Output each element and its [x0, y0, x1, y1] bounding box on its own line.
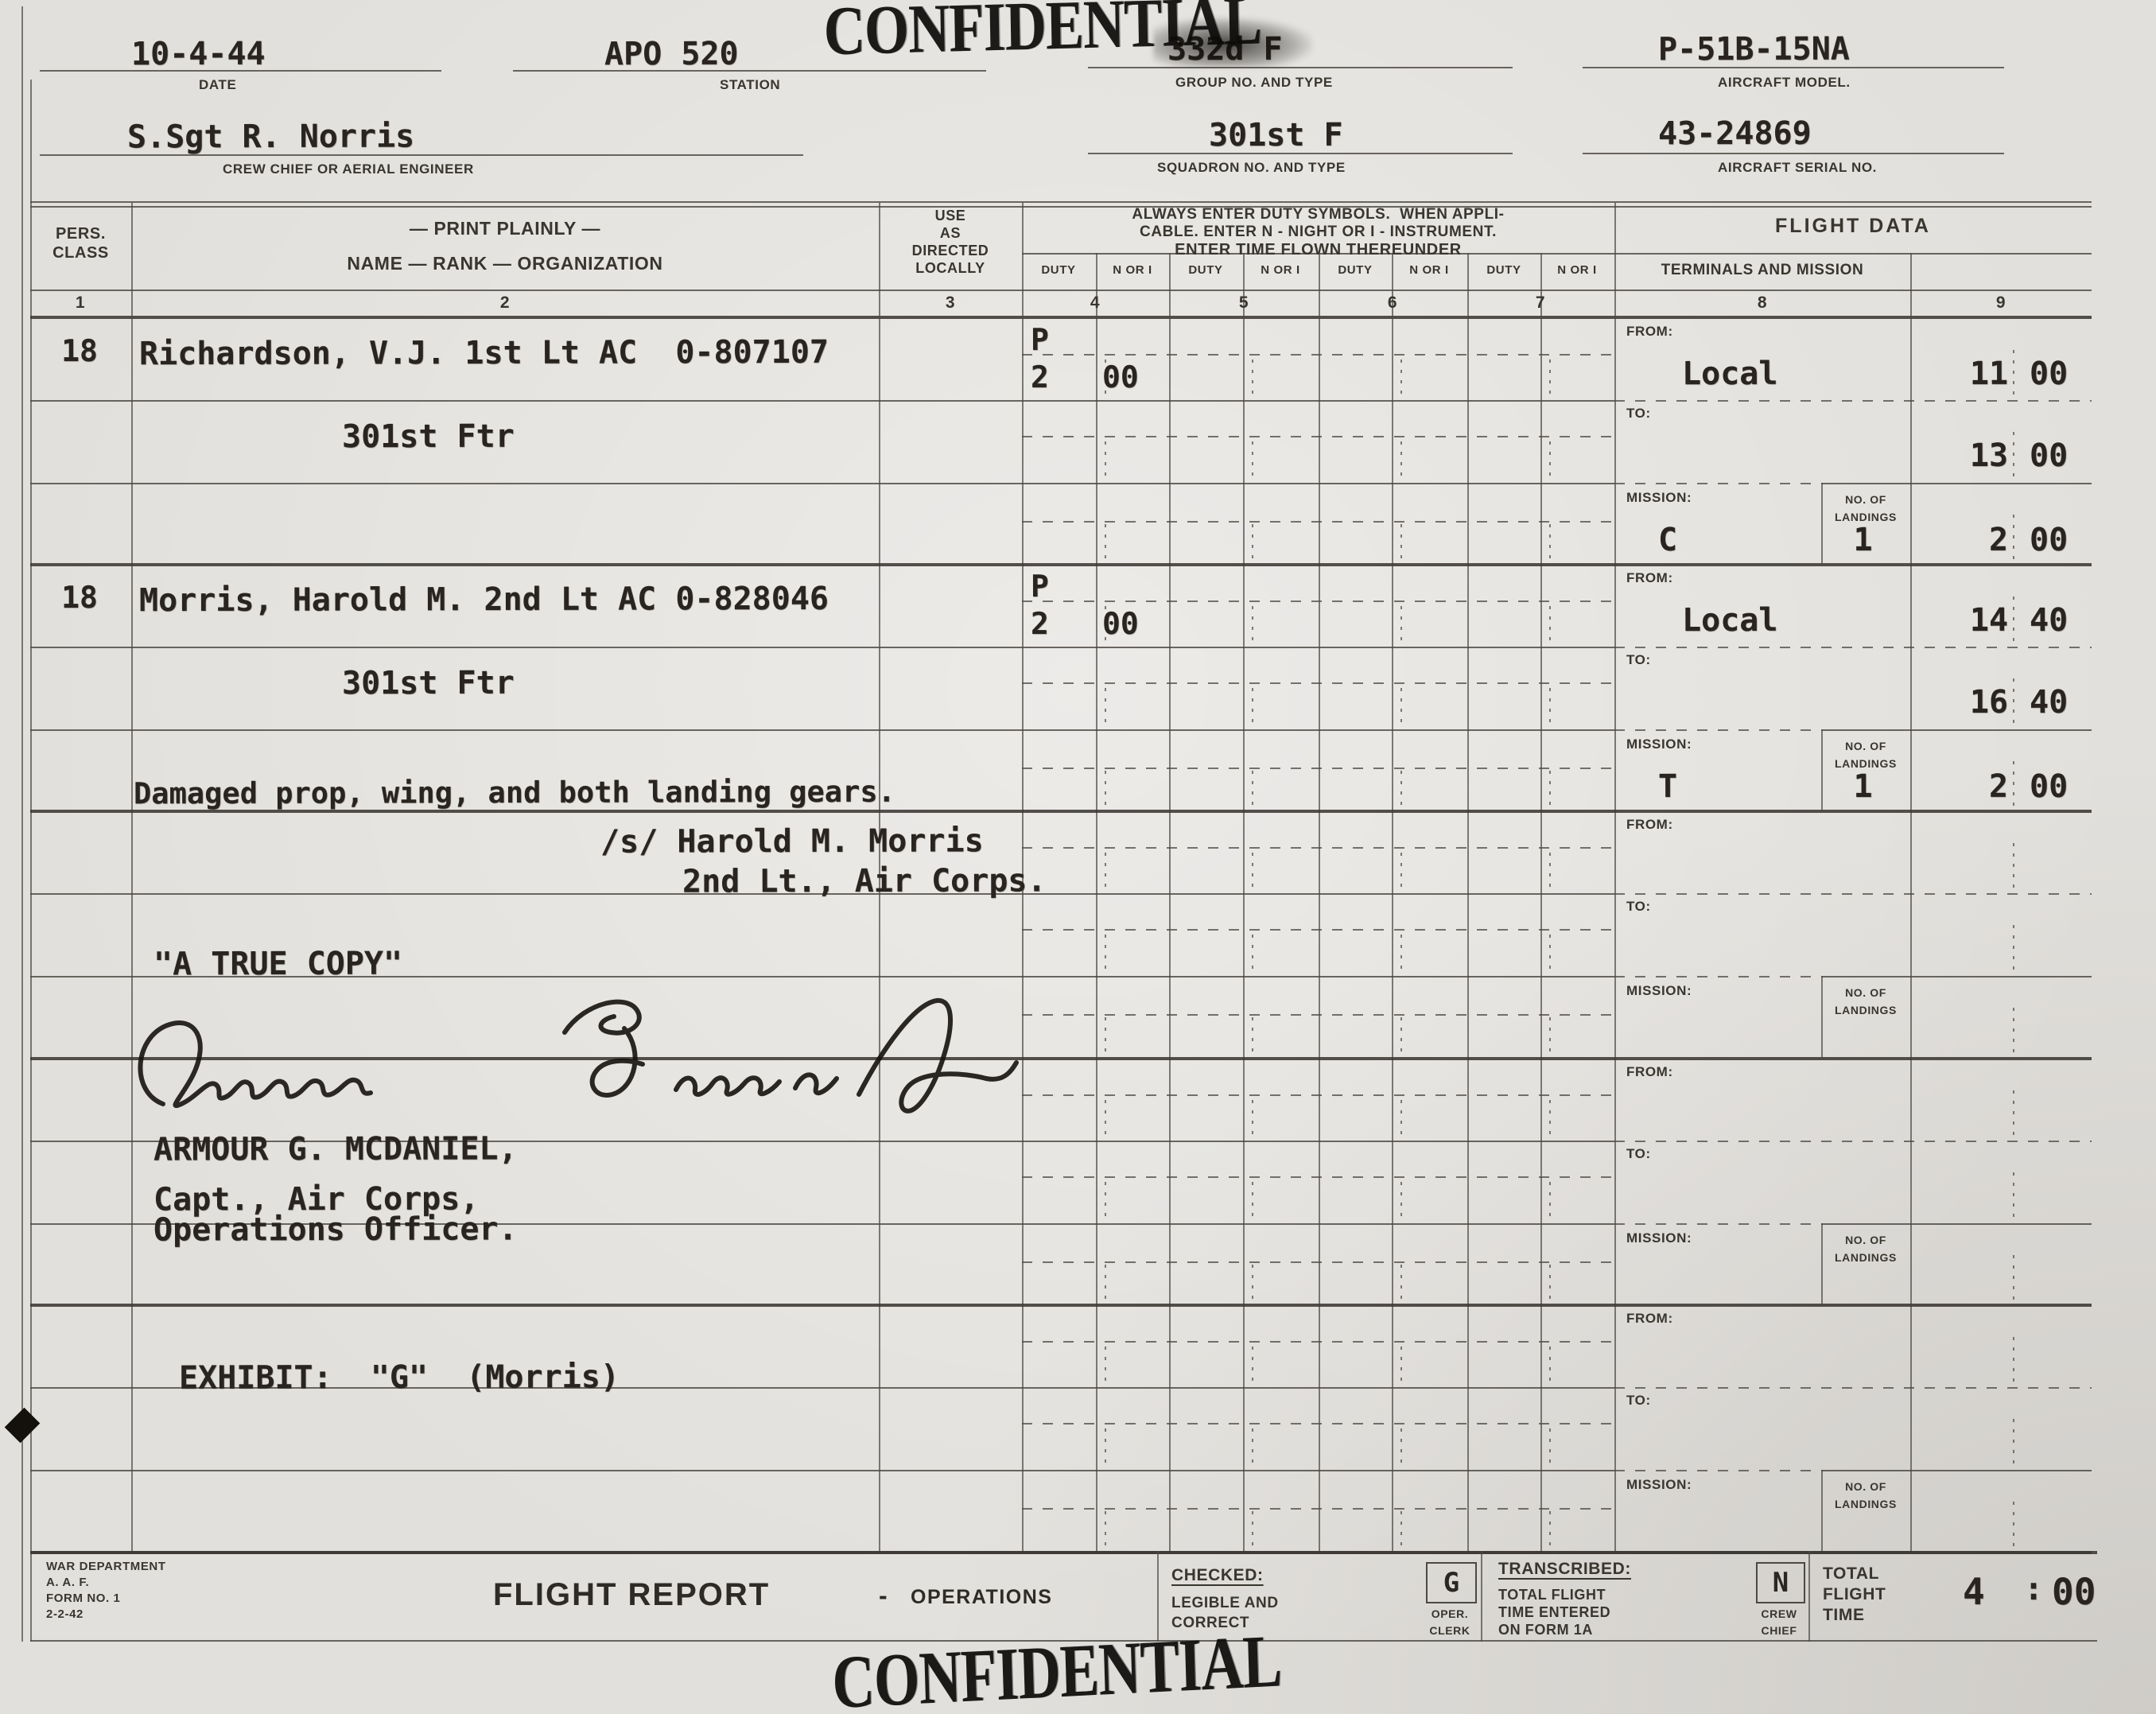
duty-colon-dots: [1252, 360, 1253, 394]
from-label: FROM:: [1626, 1065, 1673, 1079]
checked-sub-1: LEGIBLE AND: [1171, 1595, 1279, 1611]
mcdaniel-signature: [119, 985, 1042, 1128]
duty-colon-dots: [1549, 441, 1551, 476]
row-line: [30, 483, 1614, 484]
grid-vline: [1467, 253, 1469, 318]
duty-colon-dots: [1549, 1347, 1551, 1382]
terminals-mission-header: TERMINALS AND MISSION: [1614, 262, 1910, 278]
time-colon-dots: [2013, 1090, 2014, 1135]
mission-label: MISSION:: [1626, 491, 1692, 504]
duty-colon-dots: [1105, 935, 1106, 970]
column-number: 1: [49, 294, 112, 311]
no-of-landings-label-1: NO. OF: [1823, 987, 1909, 998]
duty-colon-dots: [1105, 1017, 1106, 1052]
duty-colon-dots: [1252, 441, 1253, 476]
header-bottom-line: [30, 316, 2092, 319]
duty-subheader: DUTY: [1468, 264, 1540, 276]
duty-colon-dots: [1549, 853, 1551, 888]
total-flight-time-label-3: TIME: [1823, 1607, 1865, 1623]
confidential-stamp-top: CONFIDENTIAL: [823, 0, 1262, 66]
duty-colon-dots: [1549, 688, 1551, 723]
row-line-dashed: [1614, 1470, 1821, 1471]
duty-colon-dots: [1252, 935, 1253, 970]
from-label: FROM:: [1626, 571, 1673, 585]
no-of-landings-label-2: LANDINGS: [1823, 1252, 1909, 1263]
punch-mark: [5, 1408, 41, 1444]
duty-colon-dots: [1400, 1347, 1402, 1382]
flight-data-header: FLIGHT DATA: [1614, 216, 2092, 236]
row-line-dashed: [1614, 647, 2092, 648]
to-label: TO:: [1626, 653, 1651, 667]
duty-colon-dots: [1105, 853, 1106, 888]
grid-vline: [879, 318, 880, 1553]
form-dept-line-2: A. A. F.: [46, 1576, 89, 1588]
duty-colon-dots: [1400, 606, 1402, 641]
time-colon-dots: [2013, 350, 2014, 394]
duty-colon-dots: [1105, 688, 1106, 723]
use-as-directed-2: AS: [879, 226, 1022, 240]
duty-colon-dots: [1105, 1265, 1106, 1300]
grid-vline: [1467, 318, 1469, 1553]
total-flight-time-minutes: 00: [2052, 1573, 2096, 1610]
duty-colon-dots: [1549, 771, 1551, 806]
duty-entry-dashed-line: [1022, 1261, 1614, 1263]
form-title-suffix: OPERATIONS: [911, 1588, 1052, 1607]
duty-colon-dots: [1549, 524, 1551, 559]
station-underline: [513, 70, 986, 72]
row-line: [1821, 1470, 2092, 1471]
exhibit-note: EXHIBIT: "G" (Morris): [179, 1361, 620, 1393]
row-line: [30, 400, 1614, 402]
group-label: GROUP NO. AND TYPE: [1175, 76, 1333, 89]
oper-clerk-initial-box: G: [1426, 1562, 1477, 1603]
to-time-hours: 13: [1925, 440, 2008, 472]
duty-colon-dots: [1252, 688, 1253, 723]
mission-time-minutes: 00: [2030, 524, 2068, 556]
grid-vline: [1540, 318, 1542, 1553]
pers-class-header-1: PERS.: [30, 226, 131, 242]
row-line-dashed: [1614, 729, 1821, 731]
crew-chief-label-2: CHIEF: [1756, 1625, 1802, 1636]
column-number: 8: [1731, 294, 1794, 311]
duty-colon-dots: [1549, 606, 1551, 641]
time-colon-dots: [2013, 1172, 2014, 1217]
mission-label: MISSION:: [1626, 737, 1692, 751]
to-time-minutes: 40: [2030, 686, 2068, 718]
duty-colon-dots: [1549, 1182, 1551, 1217]
mission-time-hours: 2: [1925, 524, 2008, 556]
duty-colon-dots: [1252, 853, 1253, 888]
mcdaniel-title-2: Operations Officer.: [153, 1213, 518, 1246]
to-label: TO:: [1626, 1147, 1651, 1160]
duty-entry-dashed-line: [1022, 521, 1614, 523]
no-of-landings-label-1: NO. OF: [1823, 1481, 1909, 1492]
crew-chief-initial-box: N: [1756, 1562, 1805, 1603]
time-colon-dots: [2013, 597, 2014, 641]
crew-chief-label: CREW CHIEF OR AERIAL ENGINEER: [223, 162, 474, 176]
numbers-row-top-line: [30, 290, 2092, 291]
time-colon-dots: [2013, 843, 2014, 888]
row-line-dashed: [1614, 400, 2092, 402]
footer-divider-2: [1481, 1551, 1482, 1642]
mcdaniel-typed-name: ARMOUR G. MCDANIEL,: [153, 1133, 518, 1165]
column-number: 7: [1509, 294, 1572, 311]
no-of-landings-label-2: LANDINGS: [1823, 511, 1909, 523]
block-divider-line: [30, 1304, 2092, 1307]
duty-colon-dots: [1105, 1428, 1106, 1463]
n-or-i-subheader: N OR I: [1393, 264, 1465, 276]
duty-colon-dots: [1105, 1100, 1106, 1135]
mission-time-minutes: 00: [2030, 771, 2068, 803]
duty-time-minutes: 00: [1102, 362, 1139, 392]
duty-colon-dots: [1105, 441, 1106, 476]
duty-colon-dots: [1400, 1182, 1402, 1217]
serial-label: AIRCRAFT SERIAL NO.: [1718, 161, 1877, 174]
grid-vline: [1096, 318, 1097, 1553]
column-number: 4: [1063, 294, 1127, 311]
grid-vline: [1169, 253, 1171, 318]
duty-colon-dots: [1549, 1017, 1551, 1052]
duty-subheader: DUTY: [1170, 264, 1241, 276]
grid-vline: [1022, 318, 1024, 1553]
crew-chief-label-1: CREW: [1756, 1608, 1802, 1619]
aircraft-model-label: AIRCRAFT MODEL.: [1718, 76, 1851, 89]
use-as-directed-4: LOCALLY: [879, 261, 1022, 275]
duty-colon-dots: [1400, 1017, 1402, 1052]
serial-underline: [1583, 153, 2004, 154]
mission-label: MISSION:: [1626, 1478, 1692, 1491]
terminal-from-value: Local: [1682, 604, 1778, 636]
confidential-stamp-bottom: CONFIDENTIAL: [831, 1623, 1282, 1714]
checked-label: CHECKED:: [1171, 1567, 1264, 1584]
row-line-dashed: [1614, 1387, 2092, 1389]
crew-chief-value: S.Sgt R. Norris: [127, 121, 414, 154]
pers-class-value: 18: [48, 582, 111, 612]
signed-by-line-1: /s/ Harold M. Morris: [600, 825, 984, 857]
no-of-landings-label-1: NO. OF: [1823, 740, 1909, 752]
page-left-outer-line: [21, 6, 23, 1642]
no-of-landings-label-2: LANDINGS: [1823, 1498, 1909, 1510]
true-copy-note: "A TRUE COPY": [153, 948, 402, 981]
from-label: FROM:: [1626, 325, 1673, 338]
time-colon-dots: [2013, 1502, 2014, 1546]
duty-colon-dots: [1400, 1428, 1402, 1463]
name-rank-org-value: Morris, Harold M. 2nd Lt AC 0-828046: [139, 583, 829, 616]
oper-clerk-label-2: CLERK: [1426, 1625, 1474, 1636]
column-number: 3: [919, 294, 982, 311]
duty-entry-dashed-line: [1022, 682, 1614, 684]
duty-colon-dots: [1252, 1511, 1253, 1546]
duty-colon-dots: [1400, 853, 1402, 888]
date-underline: [40, 70, 441, 72]
footer-top-line: [30, 1551, 2097, 1554]
duty-entry-dashed-line: [1022, 768, 1614, 769]
form-title-dash: -: [879, 1583, 888, 1608]
time-colon-dots: [2013, 1008, 2014, 1052]
station-value: APO 520: [604, 38, 739, 70]
date-value: 10-4-44: [131, 38, 266, 70]
n-or-i-subheader: N OR I: [1541, 264, 1613, 276]
duty-colon-dots: [1549, 1100, 1551, 1135]
row-line: [30, 647, 1614, 648]
from-label: FROM:: [1626, 1312, 1673, 1325]
aircraft-model-underline: [1583, 67, 2004, 68]
time-colon-dots: [2013, 1337, 2014, 1382]
n-or-i-subheader: N OR I: [1245, 264, 1316, 276]
terminal-from-value: Local: [1682, 358, 1778, 390]
organization-value: 301st Ftr: [342, 421, 515, 453]
row-line: [1821, 483, 2092, 484]
from-time-hours: 14: [1925, 604, 2008, 636]
scanned-flight-report: { "stamps": { "top": "CONFIDENTIAL", "bo…: [0, 0, 2156, 1714]
time-colon-dots: [2013, 678, 2014, 723]
time-colon-dots: [2013, 515, 2014, 559]
crew-chief-initial: N: [1773, 1567, 1789, 1599]
row-line: [30, 729, 1614, 731]
row-line-dashed: [1614, 893, 2092, 895]
duty-entry-dashed-line: [1022, 1508, 1614, 1510]
serial-value: 43-24869: [1658, 118, 1812, 150]
organization-value: 301st Ftr: [342, 667, 515, 700]
n-or-i-subheader: N OR I: [1097, 264, 1168, 276]
station-label: STATION: [720, 78, 780, 91]
time-colon-dots: [2013, 925, 2014, 970]
duty-time-hours: 2: [1031, 362, 1049, 392]
column-number: 6: [1361, 294, 1424, 311]
row-line: [1821, 729, 2092, 731]
mission-time-hours: 2: [1925, 771, 2008, 803]
name-rank-org-value: Richardson, V.J. 1st Lt AC 0-807107: [139, 336, 829, 370]
block-divider-line: [30, 810, 2092, 813]
from-label: FROM:: [1626, 818, 1673, 831]
duty-colon-dots: [1400, 771, 1402, 806]
time-colon-dots: [2013, 1255, 2014, 1300]
form-dept-line-3: FORM NO. 1: [46, 1592, 121, 1604]
duty-colon-dots: [1400, 688, 1402, 723]
squadron-value: 301st F: [1209, 119, 1343, 151]
duty-symbol-value: P: [1031, 571, 1049, 601]
grid-vline: [1169, 318, 1171, 1553]
duty-colon-dots: [1105, 1511, 1106, 1546]
grid-vline: [1319, 253, 1320, 318]
duty-colon-dots: [1400, 1100, 1402, 1135]
duty-colon-dots: [1549, 935, 1551, 970]
pers-class-value: 18: [48, 336, 111, 366]
row-line-dashed: [1614, 1141, 2092, 1142]
grid-vline: [131, 203, 133, 318]
to-label: TO:: [1626, 1393, 1651, 1407]
form-title: FLIGHT REPORT: [493, 1579, 770, 1611]
transcribed-sub-1: TOTAL FLIGHT: [1498, 1588, 1606, 1602]
footer-divider-3: [1808, 1551, 1810, 1642]
time-colon-dots: [2013, 1419, 2014, 1463]
duty-colon-dots: [1252, 1017, 1253, 1052]
duty-colon-dots: [1549, 360, 1551, 394]
form-dept-line-4: 2-2-42: [46, 1608, 84, 1620]
duty-colon-dots: [1252, 1347, 1253, 1382]
oper-clerk-label-1: OPER.: [1426, 1608, 1474, 1619]
duty-colon-dots: [1549, 1428, 1551, 1463]
squadron-label: SQUADRON NO. AND TYPE: [1157, 161, 1346, 174]
row-line: [1821, 1223, 2092, 1225]
to-label: TO:: [1626, 900, 1651, 913]
grid-vline: [1614, 318, 1616, 1553]
duty-subheader: DUTY: [1319, 264, 1391, 276]
duty-symbol-value: P: [1031, 325, 1049, 355]
landings-count-value: 1: [1829, 524, 1897, 556]
grid-vline: [1910, 318, 1912, 1553]
total-flight-time-label-2: FLIGHT: [1823, 1586, 1886, 1603]
total-flight-time-hours: 4: [1963, 1573, 1985, 1610]
to-label: TO:: [1626, 406, 1651, 420]
duty-subheader: DUTY: [1023, 264, 1094, 276]
duty-entry-dashed-line: [1022, 1176, 1614, 1178]
grid-vline: [1614, 203, 1616, 318]
time-colon-dots: [2013, 761, 2014, 806]
duty-colon-dots: [1252, 524, 1253, 559]
mission-label: MISSION:: [1626, 1231, 1692, 1245]
grid-vline: [131, 318, 133, 1553]
from-time-minutes: 00: [2030, 358, 2068, 390]
column-number: 2: [473, 294, 537, 311]
no-of-landings-label-1: NO. OF: [1823, 1234, 1909, 1246]
use-as-directed-1: USE: [879, 208, 1022, 223]
duty-entry-dashed-line: [1022, 1094, 1614, 1096]
no-of-landings-label-2: LANDINGS: [1823, 1005, 1909, 1016]
duty-entry-dashed-line: [1022, 1014, 1614, 1016]
duty-colon-dots: [1105, 1182, 1106, 1217]
duty-colon-dots: [1252, 606, 1253, 641]
column-number: 9: [1969, 294, 2033, 311]
form-dept-line-1: WAR DEPARTMENT: [46, 1560, 166, 1572]
row-line: [30, 1470, 1614, 1471]
group-underline: [1088, 67, 1513, 68]
duty-colon-dots: [1400, 1511, 1402, 1546]
grid-vline: [1243, 318, 1245, 1553]
duty-entry-dashed-line: [1022, 847, 1614, 849]
duty-colon-dots: [1252, 1100, 1253, 1135]
duty-colon-dots: [1400, 360, 1402, 394]
duty-colon-dots: [1400, 524, 1402, 559]
damage-note: Damaged prop, wing, and both landing gea…: [134, 777, 895, 809]
landings-count-value: 1: [1829, 771, 1897, 803]
transcribed-sub-2: TIME ENTERED: [1498, 1605, 1610, 1619]
total-flight-time-label-1: TOTAL: [1823, 1565, 1879, 1582]
from-time-hours: 11: [1925, 358, 2008, 390]
duty-time-minutes: 00: [1102, 608, 1139, 639]
pers-class-header-2: CLASS: [30, 245, 131, 261]
aircraft-model-value: P-51B-15NA: [1658, 33, 1850, 66]
grid-vline: [1910, 253, 1912, 318]
crew-chief-underline: [40, 154, 803, 156]
to-time-hours: 16: [1925, 686, 2008, 718]
duty-entry-dashed-line: [1022, 436, 1614, 437]
from-time-minutes: 40: [2030, 604, 2068, 636]
time-colon-dots: [2013, 432, 2014, 476]
duty-entry-dashed-line: [1022, 929, 1614, 931]
duty-entry-dashed-line: [1022, 1423, 1614, 1424]
total-flight-time-colon: :: [2024, 1573, 2043, 1605]
block-divider-line: [30, 563, 2092, 566]
squadron-underline: [1088, 153, 1513, 154]
duty-entry-dashed-line: [1022, 600, 1614, 602]
duty-colon-dots: [1252, 771, 1253, 806]
duty-colon-dots: [1400, 441, 1402, 476]
to-time-minutes: 00: [2030, 440, 2068, 472]
name-rank-org-header: NAME — RANK — ORGANIZATION: [131, 255, 879, 273]
duty-colon-dots: [1252, 1182, 1253, 1217]
row-line-dashed: [1614, 976, 1821, 977]
grid-vline: [1392, 318, 1393, 1553]
duty-instruction-1: ALWAYS ENTER DUTY SYMBOLS. WHEN APPLI-: [1022, 207, 1614, 222]
grid-vline: [1022, 203, 1024, 318]
grid-vline: [1319, 318, 1320, 1553]
table-top-line-1: [30, 201, 2092, 203]
no-of-landings-label-1: NO. OF: [1823, 494, 1909, 505]
row-line-dashed: [1614, 1223, 1821, 1225]
transcribed-label: TRANSCRIBED:: [1498, 1560, 1631, 1577]
mission-code-value: C: [1658, 524, 1677, 556]
print-plainly-header: — PRINT PLAINLY —: [131, 220, 879, 238]
duty-colon-dots: [1400, 935, 1402, 970]
duty-colon-dots: [1549, 1265, 1551, 1300]
grid-vline: [879, 203, 880, 318]
duty-time-hours: 2: [1031, 608, 1049, 639]
row-line-dashed: [1614, 483, 1821, 484]
duty-colon-dots: [1400, 1265, 1402, 1300]
duty-colon-dots: [1105, 771, 1106, 806]
duty-colon-dots: [1252, 1428, 1253, 1463]
duty-instruction-2: CABLE. ENTER N - NIGHT OR I - INSTRUMENT…: [1022, 224, 1614, 239]
use-as-directed-3: DIRECTED: [879, 243, 1022, 258]
oper-clerk-initial: G: [1443, 1567, 1459, 1599]
table-left-border: [30, 80, 32, 1642]
no-of-landings-label-2: LANDINGS: [1823, 758, 1909, 769]
row-line: [1821, 976, 2092, 977]
duty-entry-dashed-line: [1022, 354, 1614, 356]
mission-label: MISSION:: [1626, 984, 1692, 997]
duty-colon-dots: [1252, 1265, 1253, 1300]
date-label: DATE: [199, 78, 236, 91]
column-number: 5: [1212, 294, 1276, 311]
signed-by-line-2: 2nd Lt., Air Corps.: [682, 865, 1047, 897]
duty-entry-dashed-line: [1022, 1341, 1614, 1343]
transcribed-sub-3: ON FORM 1A: [1498, 1623, 1593, 1637]
duty-colon-dots: [1105, 524, 1106, 559]
duty-colon-dots: [1549, 1511, 1551, 1546]
duty-colon-dots: [1105, 1347, 1106, 1382]
mission-code-value: T: [1658, 771, 1677, 803]
